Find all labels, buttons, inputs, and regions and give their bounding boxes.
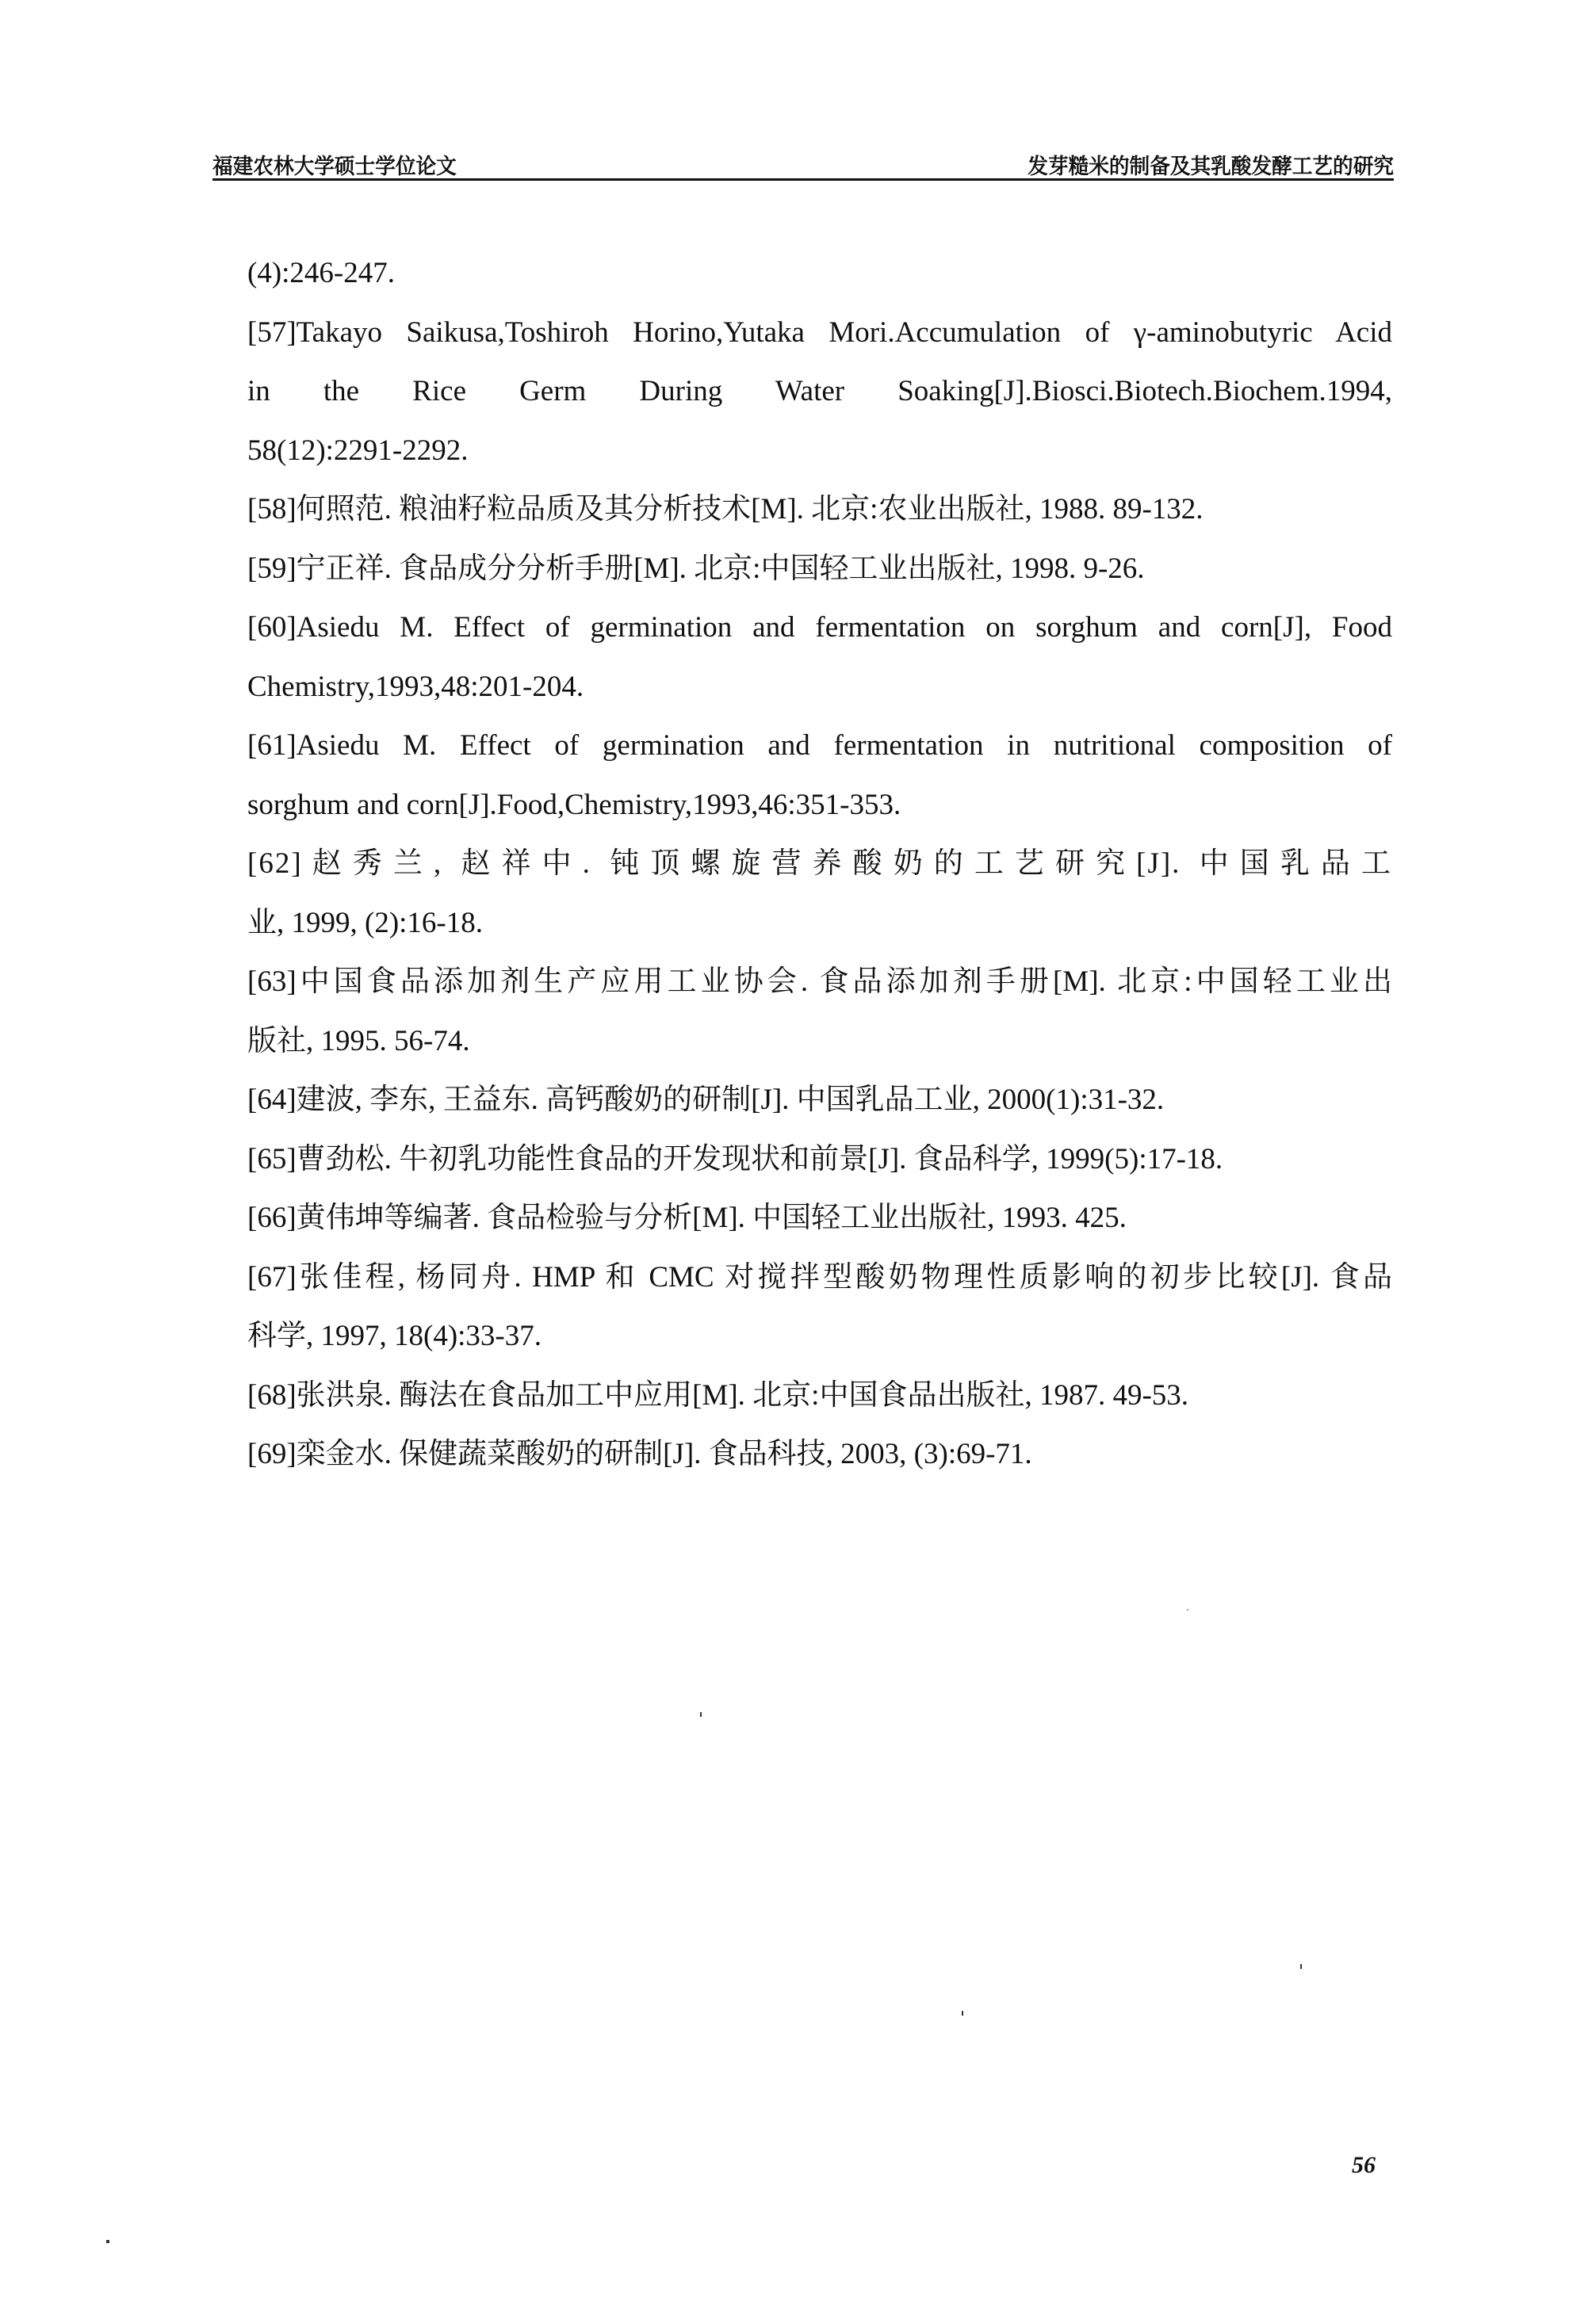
scan-speck bbox=[1187, 1609, 1188, 1611]
reference-line: 科学, 1997, 18(4):33-37. bbox=[247, 1307, 1392, 1366]
reference-line: [62]赵秀兰, 赵祥中. 钝顶螺旋营养酸奶的工艺研究[J]. 中国乳品工 bbox=[247, 835, 1392, 894]
reference-line: sorghum and corn[J].Food,Chemistry,1993,… bbox=[247, 776, 1392, 835]
reference-line: [63]中国食品添加剂生产应用工业协会. 食品添加剂手册[M]. 北京:中国轻工… bbox=[247, 953, 1392, 1012]
reference-line: [64]建波, 李东, 王益东. 高钙酸奶的研制[J]. 中国乳品工业, 200… bbox=[247, 1071, 1392, 1130]
header-thesis-title: 发芽糙米的制备及其乳酸发酵工艺的研究 bbox=[1028, 149, 1394, 180]
reference-line: in the Rice Germ During Water Soaking[J]… bbox=[247, 362, 1392, 422]
reference-line: Chemistry,1993,48:201-204. bbox=[247, 658, 1392, 717]
reference-line: [67]张佳程, 杨同舟. HMP 和 CMC 对搅拌型酸奶物理性质影响的初步比… bbox=[247, 1248, 1392, 1308]
reference-line: [68]张洪泉. 酶法在食品加工中应用[M]. 北京:中国食品出版社, 1987… bbox=[247, 1366, 1392, 1426]
reference-line: 版社, 1995. 56-74. bbox=[247, 1012, 1392, 1072]
header-university-title: 福建农林大学硕士学位论文 bbox=[212, 149, 457, 180]
reference-line: 业, 1999, (2):16-18. bbox=[247, 894, 1392, 954]
reference-line: [57]Takayo Saikusa,Toshiroh Horino,Yutak… bbox=[247, 304, 1392, 363]
reference-line: [58]何照范. 粮油籽粒品质及其分析技术[M]. 北京:农业出版社, 1988… bbox=[247, 480, 1392, 540]
scan-speck bbox=[962, 2011, 963, 2016]
reference-line: [69]栾金水. 保健蔬菜酸奶的研制[J]. 食品科技, 2003, (3):6… bbox=[247, 1425, 1392, 1485]
scan-speck bbox=[106, 2240, 109, 2243]
reference-list: (4):246-247. [57]Takayo Saikusa,Toshiroh… bbox=[247, 244, 1392, 1485]
reference-line: [65]曹劲松. 牛初乳功能性食品的开发现状和前景[J]. 食品科学, 1999… bbox=[247, 1130, 1392, 1190]
reference-line: 58(12):2291-2292. bbox=[247, 422, 1392, 481]
reference-line: [66]黄伟坤等编著. 食品检验与分析[M]. 中国轻工业出版社, 1993. … bbox=[247, 1189, 1392, 1248]
scan-speck bbox=[700, 1712, 702, 1717]
page-number: 56 bbox=[1352, 2152, 1376, 2179]
reference-line: [61]Asiedu M. Effect of germination and … bbox=[247, 717, 1392, 776]
reference-line: [60]Asiedu M. Effect of germination and … bbox=[247, 598, 1392, 658]
reference-line: (4):246-247. bbox=[247, 244, 1392, 304]
scan-speck bbox=[1300, 1964, 1302, 1969]
running-header: 福建农林大学硕士学位论文 发芽糙米的制备及其乳酸发酵工艺的研究 bbox=[212, 143, 1394, 182]
header-rule-divider bbox=[212, 178, 1394, 181]
reference-line: [59]宁正祥. 食品成分分析手册[M]. 北京:中国轻工业出版社, 1998.… bbox=[247, 540, 1392, 599]
